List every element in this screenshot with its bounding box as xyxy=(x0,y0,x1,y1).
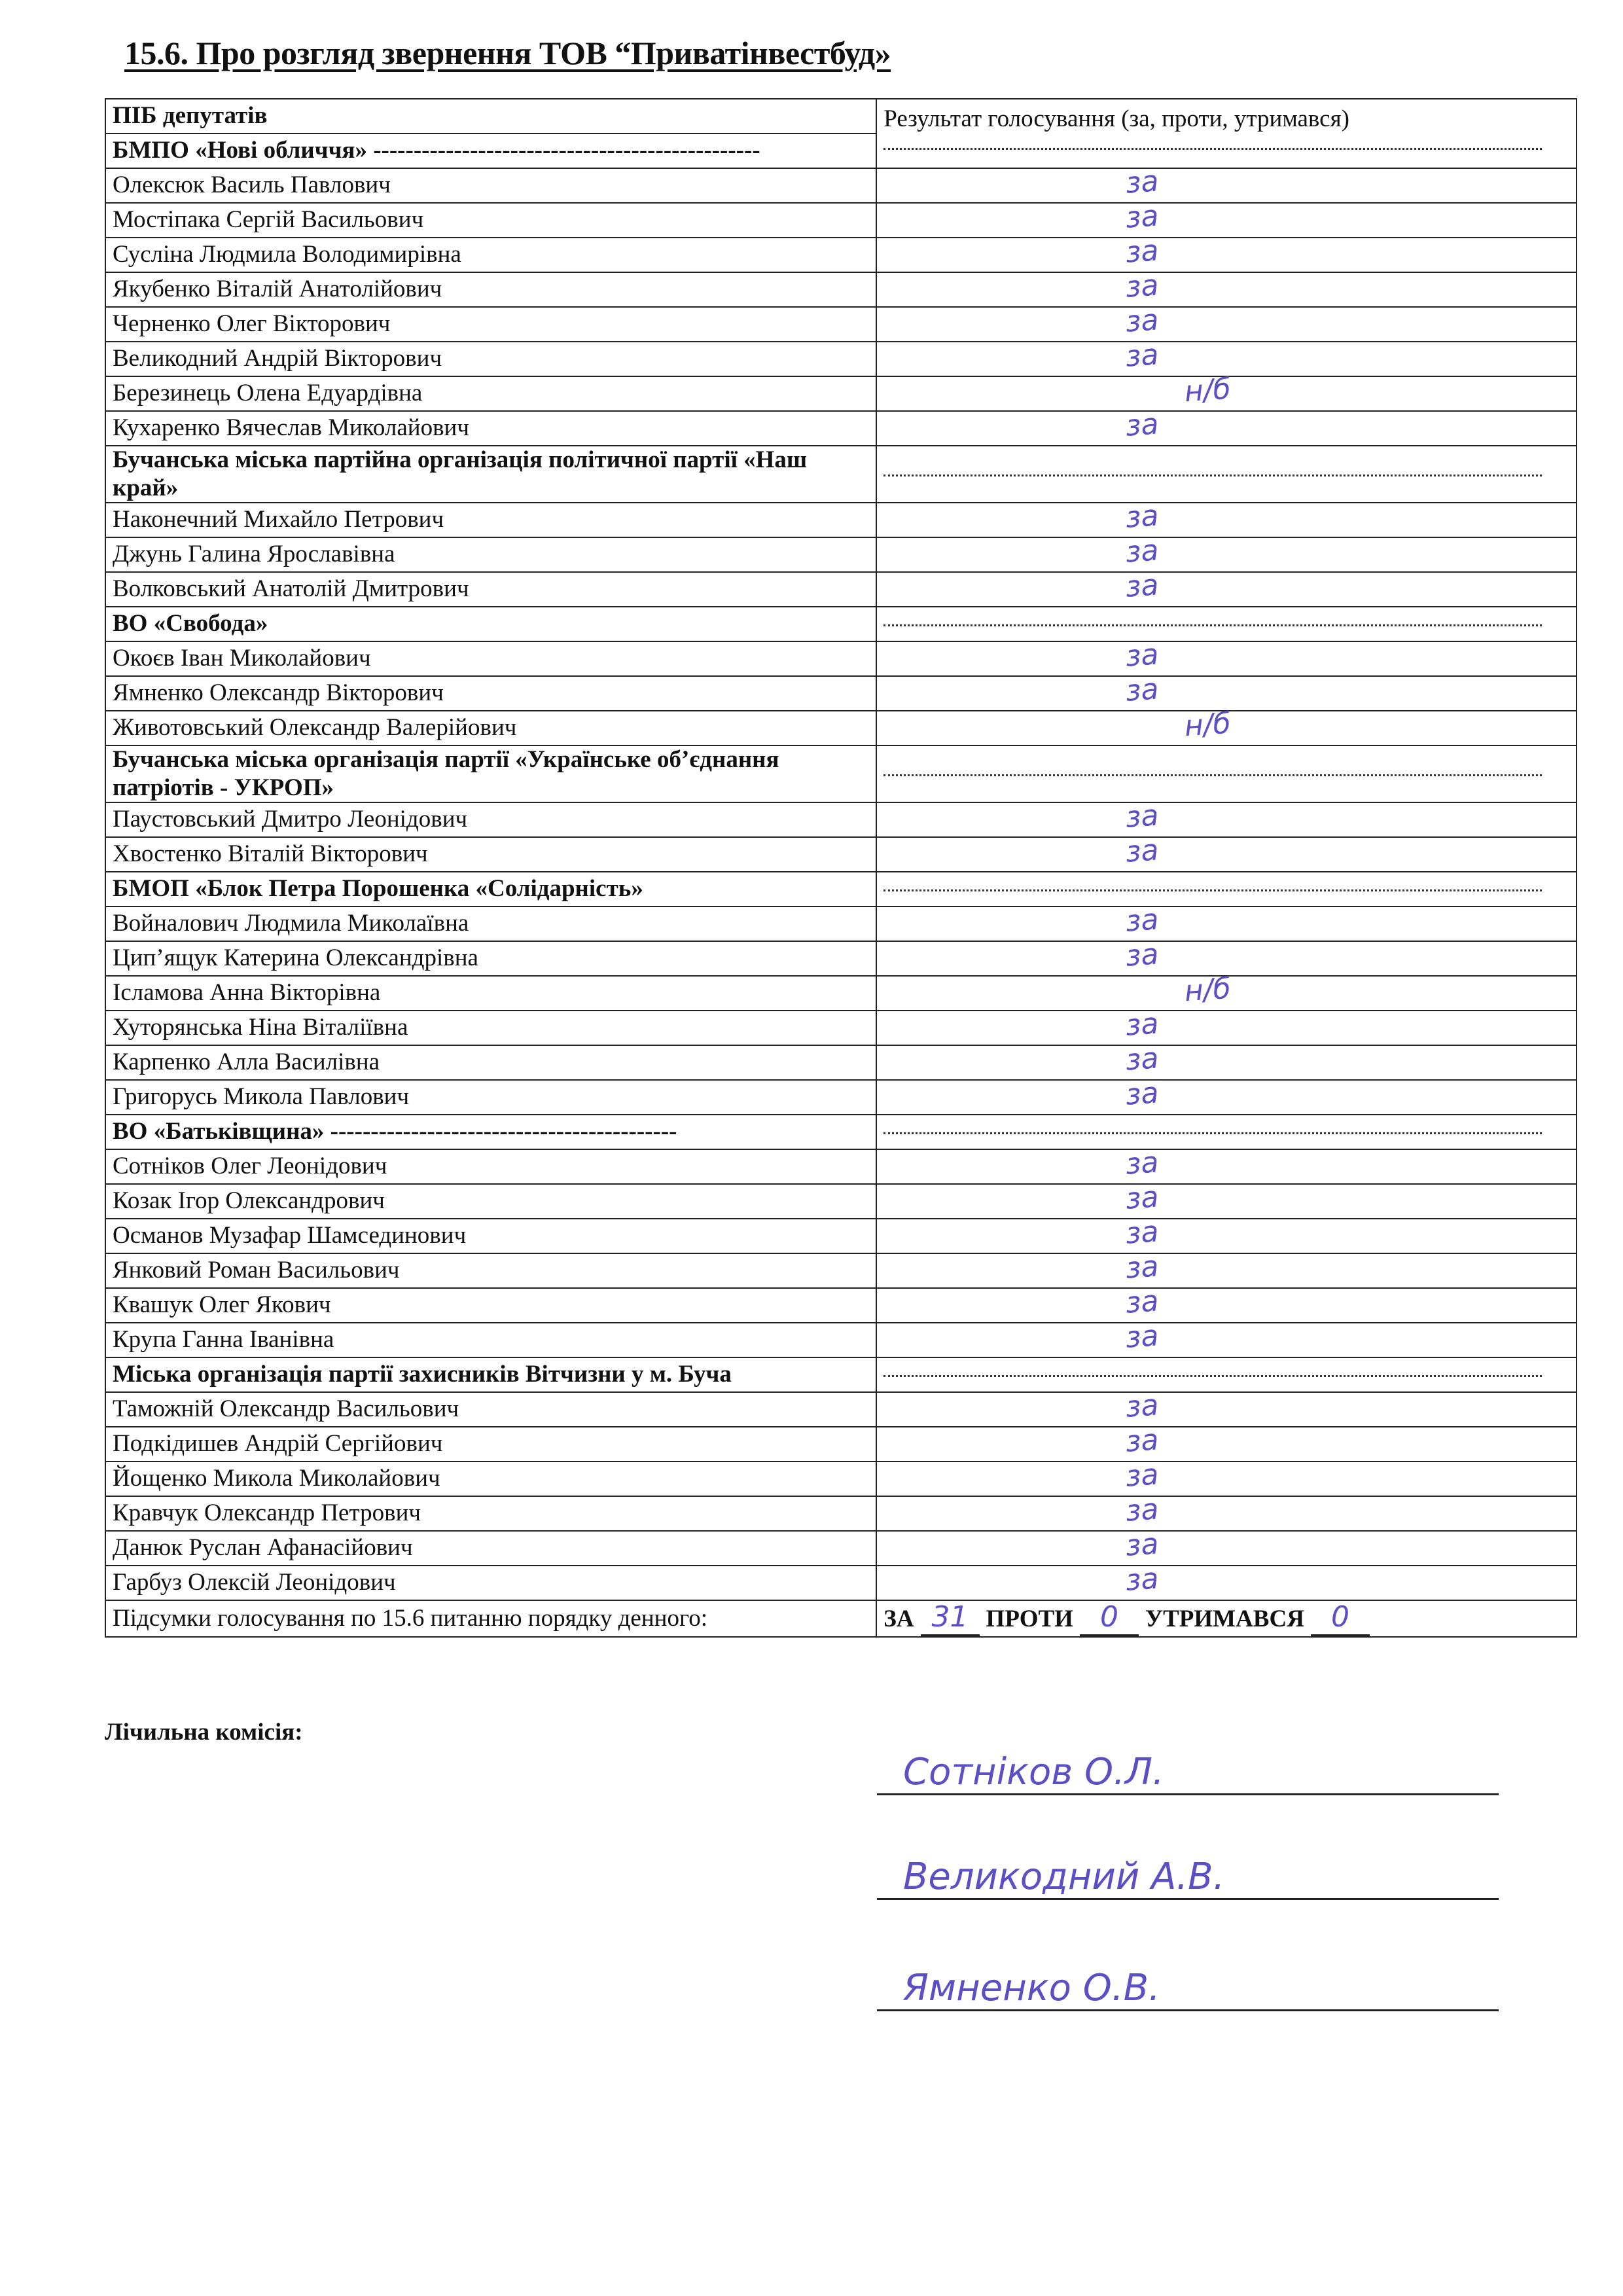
deputy-name: Козак Ігор Олександрович xyxy=(105,1184,876,1219)
vote-cell: за xyxy=(876,272,1577,307)
handwritten-vote: за xyxy=(1125,1562,1160,1598)
deputy-row: Березинець Олена Едуардівнан/б xyxy=(105,376,1577,411)
faction-row: ВО «Свобода» xyxy=(105,607,1577,641)
dotted-separator xyxy=(883,148,1542,150)
deputy-row: Черненко Олег Вікторовичза xyxy=(105,307,1577,342)
deputy-row: Григорусь Микола Павловичза xyxy=(105,1080,1577,1115)
handwritten-vote: за xyxy=(1125,1077,1160,1112)
deputy-row: Великодний Андрій Вікторовичза xyxy=(105,342,1577,376)
vote-cell: за xyxy=(876,1427,1577,1462)
abstain-label: УТРИМАВСЯ xyxy=(1145,1605,1304,1632)
deputy-name: Наконечний Михайло Петрович xyxy=(105,503,876,537)
vote-cell: за xyxy=(876,503,1577,537)
deputy-row: Квашук Олег Яковичза xyxy=(105,1288,1577,1323)
column-header-result: Результат голосування (за, проти, утрима… xyxy=(876,99,1577,168)
signature-line: Ямненко О.В. xyxy=(877,1931,1499,2011)
deputy-row: Войналович Людмила Миколаївназа xyxy=(105,906,1577,941)
vote-cell: за xyxy=(876,1184,1577,1219)
vote-cell: за xyxy=(876,802,1577,837)
deputy-name: Ісламова Анна Вікторівна xyxy=(105,976,876,1011)
deputy-name: Данюк Руслан Афанасійович xyxy=(105,1531,876,1566)
handwritten-vote: за xyxy=(1125,834,1160,869)
vote-cell: за xyxy=(876,537,1577,572)
vote-cell xyxy=(876,1115,1577,1149)
vote-cell: за xyxy=(876,1011,1577,1045)
signature-line: Великодний А.В. xyxy=(877,1820,1499,1900)
against-label: ПРОТИ xyxy=(986,1605,1073,1632)
deputy-row: Цип’ящук Катерина Олександрівназа xyxy=(105,941,1577,976)
deputy-row: Сотніков Олег Леонідовичза xyxy=(105,1149,1577,1184)
handwritten-vote: за xyxy=(1125,799,1160,834)
handwritten-vote: за xyxy=(1125,1042,1160,1077)
deputy-name: Кухаренко Вячеслав Миколайович xyxy=(105,411,876,446)
handwritten-vote: за xyxy=(1125,499,1160,535)
deputy-name: Подкідишев Андрій Сергійович xyxy=(105,1427,876,1462)
vote-cell: за xyxy=(876,641,1577,676)
signature: Сотніков О.Л. xyxy=(903,1751,1164,1793)
handwritten-vote: за xyxy=(1125,1389,1160,1424)
handwritten-vote: н/б xyxy=(1184,973,1232,1009)
faction-name: ВО «Батьківщина» -----------------------… xyxy=(105,1115,876,1149)
deputy-row: Хуторянська Ніна Віталіївназа xyxy=(105,1011,1577,1045)
vote-cell: за xyxy=(876,342,1577,376)
dotted-separator xyxy=(883,624,1542,626)
handwritten-vote: н/б xyxy=(1184,373,1232,409)
deputy-row: Кравчук Олександр Петровичза xyxy=(105,1496,1577,1531)
table-header-row: ПІБ депутатів Результат голосування (за,… xyxy=(105,99,1577,134)
deputy-row: Козак Ігор Олександровичза xyxy=(105,1184,1577,1219)
handwritten-vote: за xyxy=(1125,1007,1160,1043)
vote-cell: н/б xyxy=(876,376,1577,411)
vote-cell: за xyxy=(876,1566,1577,1600)
handwritten-vote: за xyxy=(1125,903,1160,939)
handwritten-vote: за xyxy=(1125,938,1160,973)
deputy-name: Волковський Анатолій Дмитрович xyxy=(105,572,876,607)
vote-cell: за xyxy=(876,941,1577,976)
handwritten-vote: за xyxy=(1125,1285,1160,1320)
handwritten-vote: за xyxy=(1125,304,1160,339)
vote-cell xyxy=(876,1357,1577,1392)
handwritten-vote: за xyxy=(1125,1424,1160,1459)
vote-cell: н/б xyxy=(876,711,1577,745)
deputy-row: Османов Музафар Шамсединовичза xyxy=(105,1219,1577,1253)
dotted-separator xyxy=(883,475,1542,476)
deputy-row: Окоєв Іван Миколайовичза xyxy=(105,641,1577,676)
deputy-row: Мостіпака Сергій Васильовичза xyxy=(105,203,1577,238)
handwritten-vote: за xyxy=(1125,1181,1160,1216)
deputy-name: Кравчук Олександр Петрович xyxy=(105,1496,876,1531)
vote-cell: за xyxy=(876,307,1577,342)
faction-name: БМОП «Блок Петра Порошенка «Солідарність… xyxy=(105,872,876,906)
vote-cell: за xyxy=(876,168,1577,203)
deputy-row: Таможній Олександр Васильовичза xyxy=(105,1392,1577,1427)
signature: Ямненко О.В. xyxy=(903,1967,1160,2009)
faction-name: ВО «Свобода» xyxy=(105,607,876,641)
faction-name: Бучанська міська партійна організація по… xyxy=(105,446,876,503)
vote-cell: за xyxy=(876,1219,1577,1253)
deputy-name: Ямненко Олександр Вікторович xyxy=(105,676,876,711)
dotted-separator xyxy=(883,1375,1542,1377)
deputy-name: Великодний Андрій Вікторович xyxy=(105,342,876,376)
handwritten-vote: за xyxy=(1125,1458,1160,1494)
deputy-name: Таможній Олександр Васильович xyxy=(105,1392,876,1427)
vote-cell: за xyxy=(876,1323,1577,1357)
deputy-row: Джунь Галина Ярославівназа xyxy=(105,537,1577,572)
deputy-name: Гарбуз Олексій Леонідович xyxy=(105,1566,876,1600)
deputy-name: Черненко Олег Вікторович xyxy=(105,307,876,342)
handwritten-vote: за xyxy=(1125,408,1160,443)
handwritten-vote: за xyxy=(1125,1493,1160,1528)
handwritten-vote: н/б xyxy=(1184,708,1232,744)
handwritten-vote: за xyxy=(1125,269,1160,304)
vote-cell xyxy=(876,607,1577,641)
handwritten-vote: за xyxy=(1125,569,1160,604)
handwritten-vote: за xyxy=(1125,638,1160,673)
handwritten-vote: за xyxy=(1125,534,1160,569)
faction-row: ВО «Батьківщина» -----------------------… xyxy=(105,1115,1577,1149)
deputy-name: Паустовський Дмитро Леонідович xyxy=(105,802,876,837)
abstain-count: 0 xyxy=(1311,1601,1370,1636)
faction-name: Міська організація партії захисників Віт… xyxy=(105,1357,876,1392)
vote-cell: за xyxy=(876,203,1577,238)
deputy-row: Животовський Олександр Валерійовичн/б xyxy=(105,711,1577,745)
vote-cell: за xyxy=(876,1149,1577,1184)
voting-table: ПІБ депутатів Результат голосування (за,… xyxy=(105,98,1577,1638)
deputy-name: Якубенко Віталій Анатолійович xyxy=(105,272,876,307)
handwritten-vote: за xyxy=(1125,165,1160,200)
vote-cell: за xyxy=(876,1045,1577,1080)
vote-cell: н/б xyxy=(876,976,1577,1011)
deputy-row: Йощенко Микола Миколайовичза xyxy=(105,1462,1577,1496)
deputy-name: Крупа Ганна Іванівна xyxy=(105,1323,876,1357)
deputy-row: Сусліна Людмила Володимирівназа xyxy=(105,238,1577,272)
deputy-name: Йощенко Микола Миколайович xyxy=(105,1462,876,1496)
vote-cell: за xyxy=(876,837,1577,872)
deputy-name: Мостіпака Сергій Васильович xyxy=(105,203,876,238)
deputy-row: Волковський Анатолій Дмитровичза xyxy=(105,572,1577,607)
faction-name: Бучанська міська організація партії «Укр… xyxy=(105,745,876,802)
deputy-name: Джунь Галина Ярославівна xyxy=(105,537,876,572)
vote-cell: за xyxy=(876,572,1577,607)
deputy-row: Паустовський Дмитро Леонідовичза xyxy=(105,802,1577,837)
handwritten-vote: за xyxy=(1125,1319,1160,1355)
summary-row: Підсумки голосування по 15.6 питанню пор… xyxy=(105,1600,1577,1637)
faction-row: БМОП «Блок Петра Порошенка «Солідарність… xyxy=(105,872,1577,906)
deputy-row: Янковий Роман Васильовичза xyxy=(105,1253,1577,1288)
deputy-name: Карпенко Алла Василівна xyxy=(105,1045,876,1080)
for-count: 31 xyxy=(921,1601,980,1636)
handwritten-vote: за xyxy=(1125,234,1160,270)
deputy-name: Янковий Роман Васильович xyxy=(105,1253,876,1288)
summary-result: ЗА31ПРОТИ0УТРИМАВСЯ0 xyxy=(876,1600,1577,1637)
deputy-row: Наконечний Михайло Петровичза xyxy=(105,503,1577,537)
deputy-name: Цип’ящук Катерина Олександрівна xyxy=(105,941,876,976)
faction-row: Бучанська міська організація партії «Укр… xyxy=(105,745,1577,802)
deputy-name: Османов Музафар Шамсединович xyxy=(105,1219,876,1253)
deputy-row: Гарбуз Олексій Леонідовичза xyxy=(105,1566,1577,1600)
deputy-row: Олексюк Василь Павловичза xyxy=(105,168,1577,203)
deputy-row: Карпенко Алла Василівназа xyxy=(105,1045,1577,1080)
deputy-name: Сусліна Людмила Володимирівна xyxy=(105,238,876,272)
deputy-name: Войналович Людмила Миколаївна xyxy=(105,906,876,941)
vote-cell: за xyxy=(876,1531,1577,1566)
deputy-name: Сотніков Олег Леонідович xyxy=(105,1149,876,1184)
vote-cell: за xyxy=(876,1080,1577,1115)
deputy-name: Олексюк Василь Павлович xyxy=(105,168,876,203)
vote-cell: за xyxy=(876,1462,1577,1496)
deputy-row: Ісламова Анна Вікторівнан/б xyxy=(105,976,1577,1011)
deputy-name: Хвостенко Віталій Вікторович xyxy=(105,837,876,872)
vote-cell: за xyxy=(876,411,1577,446)
vote-cell: за xyxy=(876,1288,1577,1323)
vote-cell: за xyxy=(876,676,1577,711)
dotted-separator xyxy=(883,889,1542,891)
faction-row: Бучанська міська партійна організація по… xyxy=(105,446,1577,503)
handwritten-vote: за xyxy=(1125,1528,1160,1563)
deputy-row: Подкідишев Андрій Сергійовичза xyxy=(105,1427,1577,1462)
deputy-row: Ямненко Олександр Вікторовичза xyxy=(105,676,1577,711)
against-count: 0 xyxy=(1080,1601,1139,1636)
faction-row: Міська організація партії захисників Віт… xyxy=(105,1357,1577,1392)
deputy-row: Кухаренко Вячеслав Миколайовичза xyxy=(105,411,1577,446)
deputy-name: Квашук Олег Якович xyxy=(105,1288,876,1323)
deputy-row: Якубенко Віталій Анатолійовичза xyxy=(105,272,1577,307)
for-label: ЗА xyxy=(883,1605,914,1632)
page-title: 15.6. Про розгляд звернення ТОВ “Приваті… xyxy=(124,34,891,72)
handwritten-vote: за xyxy=(1125,673,1160,708)
vote-cell: за xyxy=(876,238,1577,272)
deputy-name: Березинець Олена Едуардівна xyxy=(105,376,876,411)
handwritten-vote: за xyxy=(1125,338,1160,374)
handwritten-vote: за xyxy=(1125,200,1160,235)
handwritten-vote: за xyxy=(1125,1250,1160,1285)
signature: Великодний А.В. xyxy=(903,1856,1224,1898)
vote-cell: за xyxy=(876,1253,1577,1288)
deputy-row: Крупа Ганна Іванівназа xyxy=(105,1323,1577,1357)
deputy-name: Животовський Олександр Валерійович xyxy=(105,711,876,745)
vote-cell xyxy=(876,872,1577,906)
deputy-name: Окоєв Іван Миколайович xyxy=(105,641,876,676)
column-header-name: ПІБ депутатів xyxy=(105,99,876,134)
vote-cell: за xyxy=(876,1392,1577,1427)
faction-name: БМПО «Нові обличчя» --------------------… xyxy=(105,134,876,168)
vote-cell: за xyxy=(876,906,1577,941)
commission-label: Лічильна комісія: xyxy=(105,1718,303,1746)
deputy-row: Хвостенко Віталій Вікторовичза xyxy=(105,837,1577,872)
deputy-name: Григорусь Микола Павлович xyxy=(105,1080,876,1115)
vote-cell xyxy=(876,446,1577,503)
dotted-separator xyxy=(883,774,1542,776)
summary-label: Підсумки голосування по 15.6 питанню пор… xyxy=(105,1600,876,1637)
vote-cell: за xyxy=(876,1496,1577,1531)
vote-cell xyxy=(876,745,1577,802)
handwritten-vote: за xyxy=(1125,1215,1160,1251)
dotted-separator xyxy=(883,1132,1542,1134)
deputy-row: Данюк Руслан Афанасійовичза xyxy=(105,1531,1577,1566)
deputy-name: Хуторянська Ніна Віталіївна xyxy=(105,1011,876,1045)
signature-line: Сотніков О.Л. xyxy=(877,1715,1499,1795)
handwritten-vote: за xyxy=(1125,1146,1160,1181)
